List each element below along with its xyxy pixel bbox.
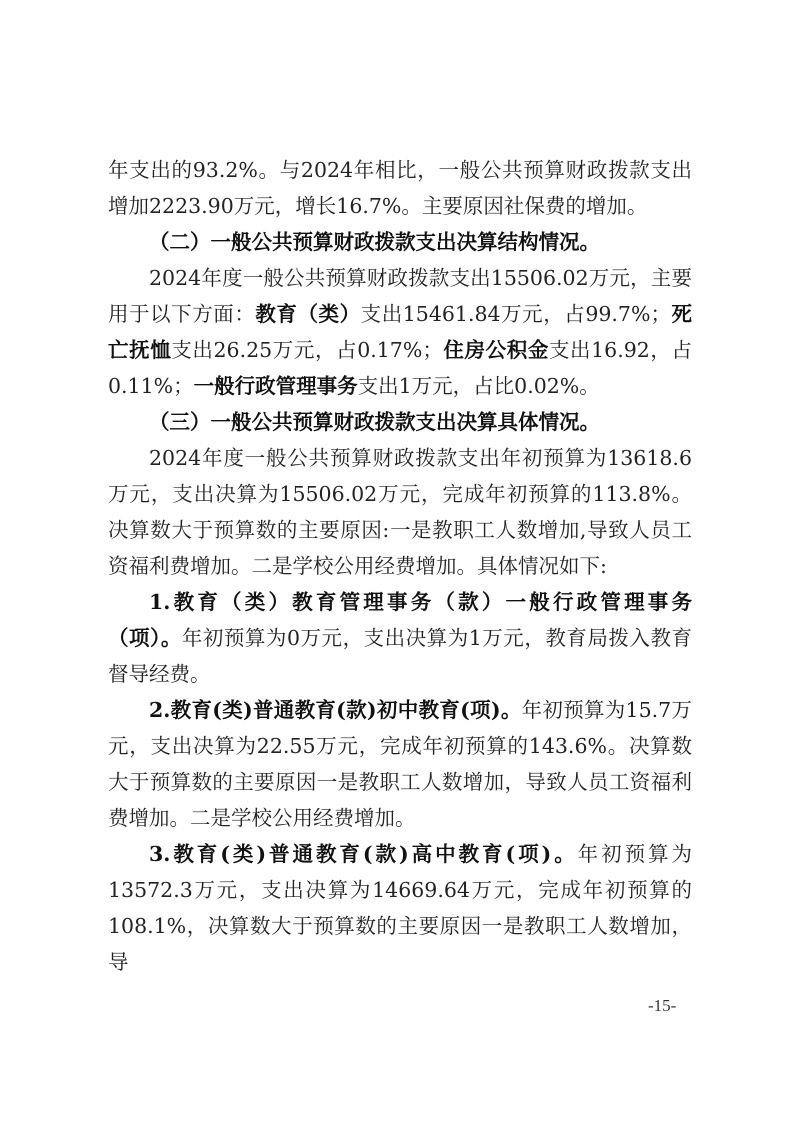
item-2-title: 2.教育(类)普通教育(款)初中教育(项)。	[149, 698, 522, 722]
category-housing-fund-label: 住房公积金	[443, 338, 549, 362]
category-admin-affairs-label: 一般行政管理事务	[194, 374, 358, 398]
paragraph-structure: 2024年度一般公共预算财政拨款支出15506.02万元，主要用于以下方面：教育…	[108, 260, 692, 404]
paragraph-details: 2024年度一般公共预算财政拨款支出年初预算为13618.6万元，支出决算为15…	[108, 440, 692, 584]
item-2: 2.教育(类)普通教育(款)初中教育(项)。年初预算为15.7万元，支出决算为2…	[108, 692, 692, 836]
document-page: 年支出的93.2%。与2024年相比，一般公共预算财政拨款支出增加2223.90…	[108, 152, 692, 980]
page-number: -15-	[648, 996, 676, 1016]
item-3-title: 3.教育(类)普通教育(款)高中教育(项)。	[149, 842, 578, 866]
section-heading-3: （三）一般公共预算财政拨款支出决算具体情况。	[108, 404, 692, 440]
paragraph-continuation: 年支出的93.2%。与2024年相比，一般公共预算财政拨款支出增加2223.90…	[108, 152, 692, 224]
item-1-text: 年初预算为0万元，支出决算为1万元，教育局拨入教育督导经费。	[108, 626, 692, 686]
item-3: 3.教育(类)普通教育(款)高中教育(项)。年初预算为13572.3万元，支出决…	[108, 836, 692, 980]
category-education-label: 教育（类）	[255, 302, 360, 326]
category-education-text: 支出15461.84万元，占99.7%；	[361, 302, 671, 326]
category-admin-affairs-text: 支出1万元，占比0.02%。	[358, 374, 600, 398]
category-death-pension-text: 支出26.25万元，占0.17%；	[171, 338, 443, 362]
item-1: 1.教育（类）教育管理事务（款）一般行政管理事务（项）。年初预算为0万元，支出决…	[108, 584, 692, 692]
section-heading-2: （二）一般公共预算财政拨款支出决算结构情况。	[108, 224, 692, 260]
